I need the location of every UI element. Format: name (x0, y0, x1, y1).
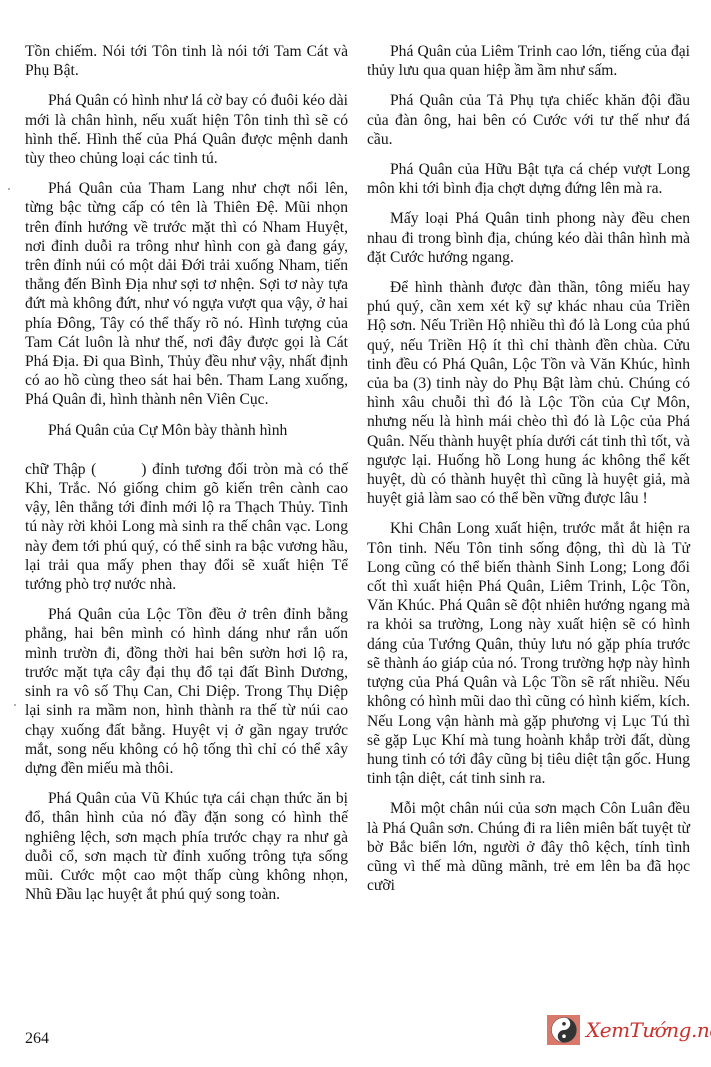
paragraph: Phá Quân của Cự Môn bày thành hình (25, 421, 348, 440)
yin-yang-icon (547, 1015, 580, 1045)
paragraph: Phá Quân của Tả Phụ tựa chiếc khăn đội đ… (367, 91, 690, 149)
blank-gap (25, 440, 348, 460)
paragraph: Phá Quân có hình như lá cờ bay có đuôi k… (25, 91, 348, 168)
paragraph: Phá Quân của Tham Lang như chợt nổi lên,… (25, 179, 348, 409)
watermark-text: XemTướng.net (586, 1018, 711, 1042)
paragraph: Mỗi một chân núi của sơn mạch Côn Luân đ… (367, 799, 690, 895)
right-column: Phá Quân của Liêm Trinh cao lớn, tiếng c… (367, 42, 690, 906)
left-column: Tồn chiếm. Nói tới Tôn tinh là nói tới T… (25, 42, 348, 915)
paragraph: Phá Quân của Vũ Khúc tựa cái chạn thức ă… (25, 789, 348, 904)
paragraph: Phá Quân của Liêm Trinh cao lớn, tiếng c… (367, 42, 690, 80)
paragraph: Khi Chân Long xuất hiện, trước mắt ắt hi… (367, 519, 690, 788)
paragraph: Để hình thành được đàn thần, tông miếu h… (367, 278, 690, 508)
paragraph: Tồn chiếm. Nói tới Tôn tinh là nói tới T… (25, 42, 348, 80)
watermark: XemTướng.net (547, 1015, 711, 1045)
paragraph: Mấy loại Phá Quân tinh phong này đều che… (367, 209, 690, 267)
paragraph: chữ Thập ( ) đỉnh tương đối tròn mà có t… (25, 460, 348, 594)
scan-speck (8, 188, 10, 190)
paragraph: Phá Quân của Lộc Tồn đều ở trên đỉnh bằn… (25, 605, 348, 778)
page-number: 264 (25, 1030, 49, 1048)
paragraph: Phá Quân của Hữu Bật tựa cá chép vượt Lo… (367, 160, 690, 198)
scan-speck (14, 704, 16, 706)
